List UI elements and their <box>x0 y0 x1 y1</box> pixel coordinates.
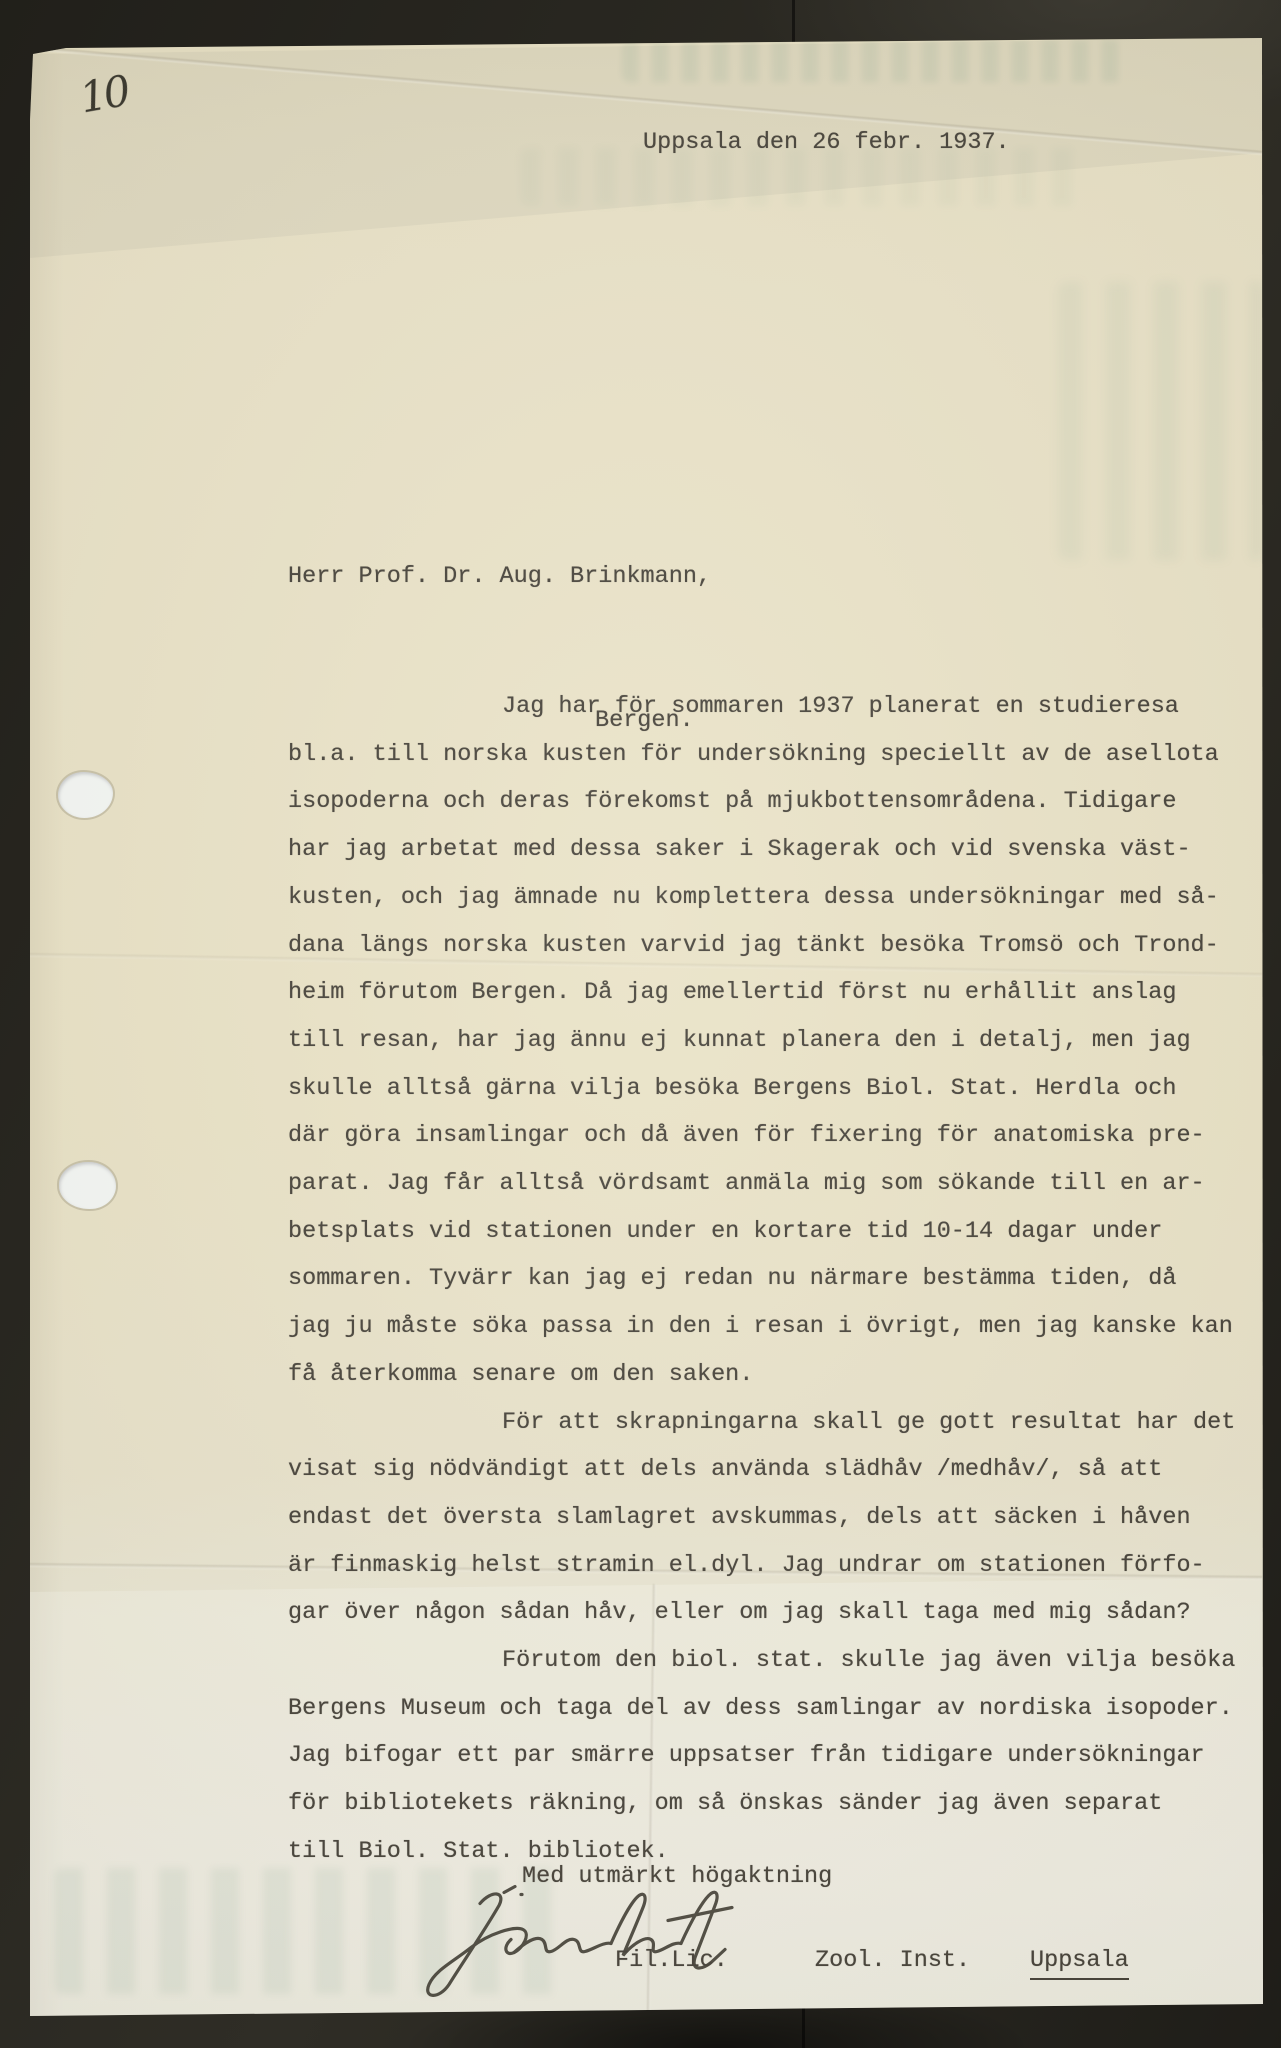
punch-hole-bottom <box>59 1162 116 1209</box>
typewritten-line: jag ju måste söka passa in den i resan i… <box>288 1303 1248 1351</box>
bleedthrough-mark-right <box>1058 282 1263 560</box>
typewritten-line: Jag har för sommaren 1937 planerat en st… <box>288 683 1248 731</box>
typewritten-line: dana längs norska kusten varvid jag tänk… <box>288 922 1248 970</box>
typewritten-line: parat. Jag får alltså vördsamt anmäla mi… <box>288 1160 1248 1208</box>
signature-place: Uppsala <box>1030 1946 1129 1980</box>
signature-institution: Zool. Inst. <box>815 1946 970 1976</box>
typewritten-line: Bergens Museum och taga del av dess saml… <box>288 1685 1248 1733</box>
typewritten-line: har jag arbetat med dessa saker i Skager… <box>288 826 1248 874</box>
typewritten-line: sommaren. Tyvärr kan jag ej redan nu när… <box>288 1255 1248 1303</box>
recipient-name-line: Herr Prof. Dr. Aug. Brinkmann, <box>288 553 711 601</box>
typewritten-line: betsplats vid stationen under en kortare… <box>288 1208 1248 1256</box>
backdrop-seam-bottom <box>802 2004 805 2048</box>
typewritten-line: gar över någon sådan håv, eller om jag s… <box>288 1589 1248 1637</box>
handwritten-page-number: 10 <box>76 66 131 122</box>
typewritten-line: Jag bifogar ett par smärre uppsatser frå… <box>288 1732 1248 1780</box>
signature-title: Fil.Lic. <box>615 1946 728 1976</box>
typewritten-line: för bibliotekets räkning, om så önskas s… <box>288 1780 1248 1828</box>
typewritten-line: visat sig nödvändigt att dels använda sl… <box>288 1446 1248 1494</box>
letter-body: Jag har för sommaren 1937 planerat en st… <box>288 683 1248 1876</box>
typewritten-line: till resan, har jag ännu ej kunnat plane… <box>288 1017 1248 1065</box>
signature-caption-row: Fil.Lic. Zool. Inst. Uppsala <box>0 1946 1281 1986</box>
typewritten-line: Förutom den biol. stat. skulle jag även … <box>288 1637 1248 1685</box>
typewritten-line: isopoderna och deras förekomst på mjukbo… <box>288 778 1248 826</box>
scanned-letter-page: { "colors":{ "backdrop":"#2c2a23", "pape… <box>0 0 1281 2048</box>
typewritten-line: endast det översta slamlagret avskummas,… <box>288 1494 1248 1542</box>
punch-hole-top <box>58 772 113 818</box>
typewritten-line: heim förutom Bergen. Då jag emellertid f… <box>288 969 1248 1017</box>
typewritten-line: få återkomma senare om den saken. <box>288 1351 1248 1399</box>
letter-paper: 10 Uppsala den 26 febr. 1937. Herr Prof.… <box>0 0 1281 2048</box>
typewritten-line: är finmaskig helst stramin el.dyl. Jag u… <box>288 1542 1248 1590</box>
typewritten-line: bl.a. till norska kusten för undersöknin… <box>288 731 1248 779</box>
typewritten-line: För att skrapningarna skall ge gott resu… <box>288 1399 1248 1447</box>
typewritten-line: skulle alltså gärna vilja besöka Bergens… <box>288 1065 1248 1113</box>
date-line: Uppsala den 26 febr. 1937. <box>643 126 1010 160</box>
typewritten-line: där göra insamlingar och då även för fix… <box>288 1112 1248 1160</box>
typewritten-line: kusten, och jag ämnade nu komplettera de… <box>288 874 1248 922</box>
